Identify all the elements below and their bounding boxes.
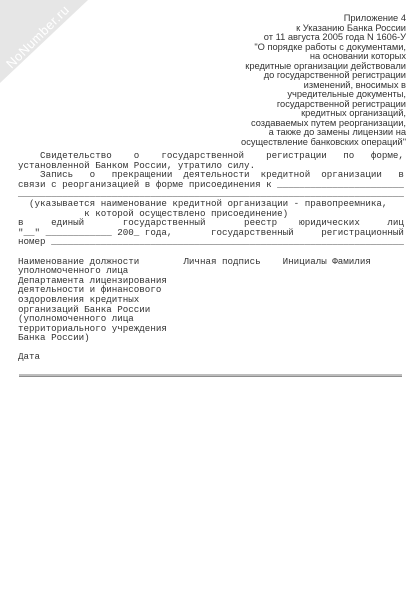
body-line: номер __________________________________… bbox=[18, 237, 404, 247]
document-body: Свидетельство о государственной регистра… bbox=[18, 151, 404, 362]
body-line: Дата bbox=[18, 352, 404, 362]
body-line bbox=[18, 343, 404, 353]
bottom-divider bbox=[19, 374, 402, 376]
document-page: NoNumber.ru Приложение 4к Указанию Банка… bbox=[0, 0, 420, 600]
appendix-header: Приложение 4к Указанию Банка Россииот 11… bbox=[241, 14, 406, 147]
header-line: осуществление банковских операций" bbox=[241, 138, 406, 148]
body-line: Банка России) bbox=[18, 333, 404, 343]
